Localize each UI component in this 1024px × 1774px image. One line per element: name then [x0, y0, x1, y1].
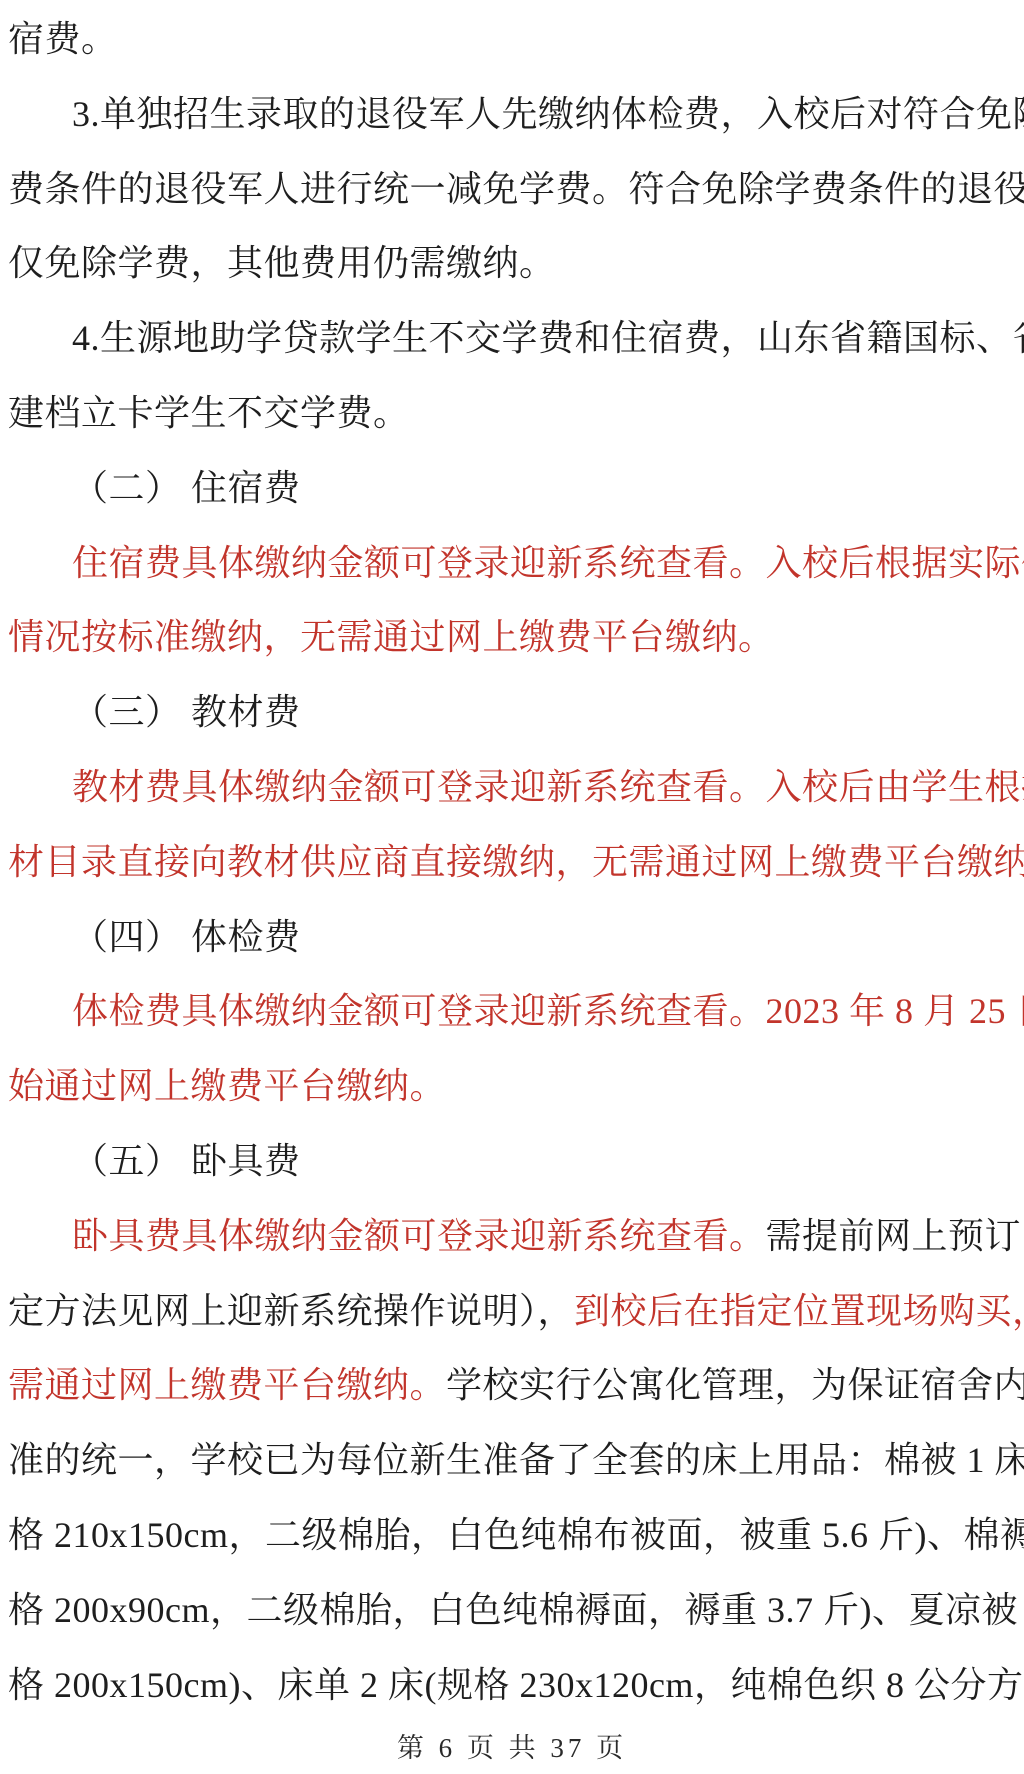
- text-segment: 到校后在指定位置现场购买，无: [574, 1291, 1024, 1331]
- doc-line: 材目录直接向教材供应商直接缴纳，无需通过网上缴费平台缴纳。: [8, 825, 1016, 900]
- doc-line: 需通过网上缴费平台缴纳。学校实行公寓化管理，为保证宿舍内务标: [8, 1348, 1016, 1423]
- heading-physical-exam-fee: （四） 体检费: [8, 900, 1016, 975]
- text-segment: 定方法见网上迎新系统操作说明），: [8, 1291, 574, 1331]
- text-segment: 格 200x150cm)、床单 2 床(规格 230x120cm，纯棉色织 8 …: [8, 1665, 1024, 1705]
- doc-line-continuation: 宿费。: [8, 2, 1016, 77]
- doc-line: 格 200x90cm，二级棉胎，白色纯棉褥面，褥重 3.7 斤)、夏凉被 1 床…: [8, 1573, 1016, 1648]
- text-segment: 格 200x90cm，二级棉胎，白色纯棉褥面，褥重 3.7 斤)、夏凉被 1 床…: [8, 1590, 1024, 1630]
- text-segment: 3.单独招生录取的退役军人先缴纳体检费，入校后对符合免除学: [72, 94, 1024, 134]
- text-segment: 4.生源地助学贷款学生不交学费和住宿费，山东省籍国标、省标: [72, 318, 1024, 358]
- text-segment: （四） 体检费: [72, 917, 301, 957]
- doc-line: 费条件的退役军人进行统一减免学费。符合免除学费条件的退役军人: [8, 152, 1016, 227]
- doc-line: 仅免除学费，其他费用仍需缴纳。: [8, 226, 1016, 301]
- document-body: 宿费。 3.单独招生录取的退役军人先缴纳体检费，入校后对符合免除学 费条件的退役…: [0, 0, 1024, 1768]
- page-number-footer: 第 6 页 共 37 页: [8, 1728, 1016, 1768]
- heading-textbook-fee: （三） 教材费: [8, 675, 1016, 750]
- heading-housing-fee: （二） 住宿费: [8, 451, 1016, 526]
- doc-line: 格 210x150cm，二级棉胎，白色纯棉布被面，被重 5.6 斤)、棉褥 1 …: [8, 1498, 1016, 1573]
- doc-line: 定方法见网上迎新系统操作说明），到校后在指定位置现场购买，无: [8, 1274, 1016, 1349]
- heading-bedding-fee: （五） 卧具费: [8, 1124, 1016, 1199]
- text-segment: 始通过网上缴费平台缴纳。: [8, 1066, 446, 1106]
- text-segment: （二） 住宿费: [72, 468, 301, 508]
- text-segment: 格 210x150cm，二级棉胎，白色纯棉布被面，被重 5.6 斤)、棉褥 1 …: [8, 1515, 1024, 1555]
- text-segment: 宿费。: [8, 19, 118, 59]
- text-segment: 仅免除学费，其他费用仍需缴纳。: [8, 243, 556, 283]
- paragraph-textbook-fee: 教材费具体缴纳金额可登录迎新系统查看。入校后由学生根据教: [8, 750, 1016, 825]
- paragraph-item-4-loans: 4.生源地助学贷款学生不交学费和住宿费，山东省籍国标、省标: [8, 301, 1016, 376]
- text-segment: 需提前网上预订（预: [766, 1216, 1024, 1256]
- doc-line: 格 200x150cm)、床单 2 床(规格 230x120cm，纯棉色织 8 …: [8, 1648, 1016, 1723]
- doc-line: 始通过网上缴费平台缴纳。: [8, 1049, 1016, 1124]
- text-segment: 住宿费具体缴纳金额可登录迎新系统查看。入校后根据实际住宿: [72, 543, 1024, 583]
- text-segment: 体检费具体缴纳金额可登录迎新系统查看。2023 年 8 月 25 日开: [72, 991, 1024, 1031]
- paragraph-item-3-veterans: 3.单独招生录取的退役军人先缴纳体检费，入校后对符合免除学: [8, 77, 1016, 152]
- paragraph-housing-fee: 住宿费具体缴纳金额可登录迎新系统查看。入校后根据实际住宿: [8, 526, 1016, 601]
- doc-line: 准的统一，学校已为每位新生准备了全套的床上用品：棉被 1 床(规: [8, 1423, 1016, 1498]
- doc-line: 建档立卡学生不交学费。: [8, 376, 1016, 451]
- doc-line: 情况按标准缴纳，无需通过网上缴费平台缴纳。: [8, 600, 1016, 675]
- text-segment: 建档立卡学生不交学费。: [8, 393, 410, 433]
- text-segment: 情况按标准缴纳，无需通过网上缴费平台缴纳。: [8, 617, 775, 657]
- text-segment: （五） 卧具费: [72, 1141, 301, 1181]
- text-segment: 材目录直接向教材供应商直接缴纳，无需通过网上缴费平台缴纳。: [8, 842, 1024, 882]
- text-segment: 需通过网上缴费平台缴纳。: [8, 1365, 446, 1405]
- text-segment: 学校实行公寓化管理，为保证宿舍内务标: [446, 1365, 1024, 1405]
- text-segment: 准的统一，学校已为每位新生准备了全套的床上用品：棉被 1 床(规: [8, 1440, 1024, 1480]
- text-segment: 卧具费具体缴纳金额可登录迎新系统查看。: [72, 1216, 766, 1256]
- text-segment: （三） 教材费: [72, 692, 301, 732]
- text-segment: 教材费具体缴纳金额可登录迎新系统查看。入校后由学生根据教: [72, 767, 1024, 807]
- paragraph-physical-exam-fee: 体检费具体缴纳金额可登录迎新系统查看。2023 年 8 月 25 日开: [8, 974, 1016, 1049]
- document-page: 宿费。 3.单独招生录取的退役军人先缴纳体检费，入校后对符合免除学 费条件的退役…: [0, 0, 1024, 1774]
- text-segment: 费条件的退役军人进行统一减免学费。符合免除学费条件的退役军人: [8, 169, 1024, 209]
- paragraph-bedding-fee: 卧具费具体缴纳金额可登录迎新系统查看。需提前网上预订（预: [8, 1199, 1016, 1274]
